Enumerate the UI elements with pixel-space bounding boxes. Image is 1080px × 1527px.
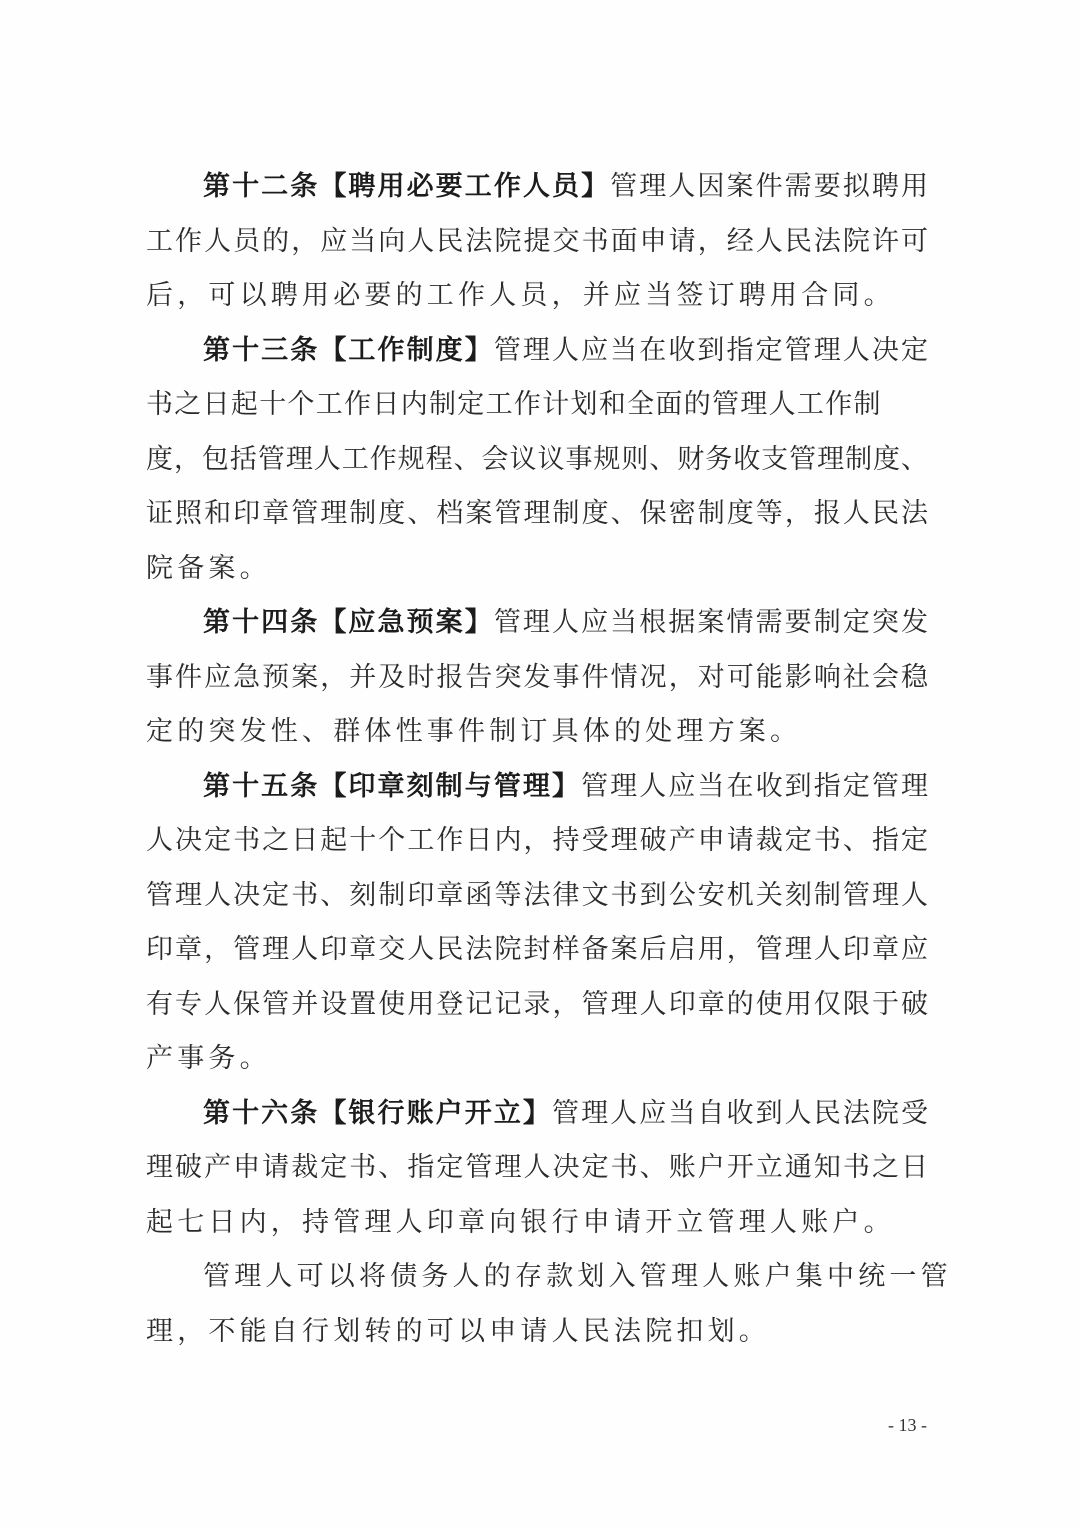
document-page: 第十二条【聘用必要工作人员】管理人因案件需要拟聘用 工作人员的，应当向人民法院提… [0,0,1080,1527]
article-line: 理破产申请裁定书、指定管理人决定书、账户开立通知书之日 [146,1141,928,1196]
article-line: 起七日内，持管理人印章向银行申请开立管理人账户。 [146,1196,928,1251]
article-13: 第十三条【工作制度】管理人应当在收到指定管理人决定 书之日起十个工作日内制定工作… [146,324,928,597]
article-14: 第十四条【应急预案】管理人应当根据案情需要制定突发 事件应急预案，并及时报告突发… [146,596,928,760]
article-first-line: 第十五条【印章刻制与管理】管理人应当在收到指定管理 [146,760,928,815]
article-line: 证照和印章管理制度、档案管理制度、保密制度等，报人民法 [146,487,928,542]
article-16: 第十六条【银行账户开立】管理人应当自收到人民法院受 理破产申请裁定书、指定管理人… [146,1087,928,1251]
article-12: 第十二条【聘用必要工作人员】管理人因案件需要拟聘用 工作人员的，应当向人民法院提… [146,160,928,324]
paragraph: 管理人可以将债务人的存款划入管理人账户集中统一管 理，不能自行划转的可以申请人民… [146,1250,928,1359]
paragraph-line: 理，不能自行划转的可以申请人民法院扣划。 [146,1305,928,1360]
article-first-line: 第十二条【聘用必要工作人员】管理人因案件需要拟聘用 [146,160,928,215]
article-heading: 第十六条【银行账户开立】 [203,1098,552,1129]
article-line: 人决定书之日起十个工作日内，持受理破产申请裁定书、指定 [146,814,928,869]
article-first-line: 第十四条【应急预案】管理人应当根据案情需要制定突发 [146,596,928,651]
article-line: 后，可以聘用必要的工作人员，并应当签订聘用合同。 [146,269,928,324]
article-line: 有专人保管并设置使用登记记录，管理人印章的使用仅限于破 [146,978,928,1033]
article-line: 度，包括管理人工作规程、会议议事规则、财务收支管理制度、 [146,433,928,488]
article-line: 书之日起十个工作日内制定工作计划和全面的管理人工作制 [146,378,928,433]
article-heading: 第十四条【应急预案】 [203,607,494,638]
document-body: 第十二条【聘用必要工作人员】管理人因案件需要拟聘用 工作人员的，应当向人民法院提… [146,160,928,1359]
article-first-line: 第十三条【工作制度】管理人应当在收到指定管理人决定 [146,324,928,379]
article-line: 院备案。 [146,542,928,597]
article-15: 第十五条【印章刻制与管理】管理人应当在收到指定管理 人决定书之日起十个工作日内，… [146,760,928,1087]
article-line: 管理人决定书、刻制印章函等法律文书到公安机关刻制管理人 [146,869,928,924]
article-heading: 第十三条【工作制度】 [203,335,494,366]
article-text: 管理人因案件需要拟聘用 [610,171,928,202]
article-heading: 第十五条【印章刻制与管理】 [203,771,581,802]
article-text: 管理人应当自收到人民法院受 [552,1098,928,1129]
article-line: 印章，管理人印章交人民法院封样备案后启用，管理人印章应 [146,923,928,978]
article-line: 事件应急预案，并及时报告突发事件情况，对可能影响社会稳 [146,651,928,706]
article-line: 定的突发性、群体性事件制订具体的处理方案。 [146,705,928,760]
paragraph-line: 管理人可以将债务人的存款划入管理人账户集中统一管 [146,1250,928,1305]
article-text: 管理人应当在收到指定管理人决定 [494,335,928,366]
article-text: 管理人应当在收到指定管理 [581,771,928,802]
article-first-line: 第十六条【银行账户开立】管理人应当自收到人民法院受 [146,1087,928,1142]
article-text: 管理人应当根据案情需要制定突发 [494,607,928,638]
article-line: 产事务。 [146,1032,928,1087]
article-heading: 第十二条【聘用必要工作人员】 [203,171,610,202]
page-number: - 13 - [888,1415,927,1436]
article-line: 工作人员的，应当向人民法院提交书面申请，经人民法院许可 [146,215,928,270]
